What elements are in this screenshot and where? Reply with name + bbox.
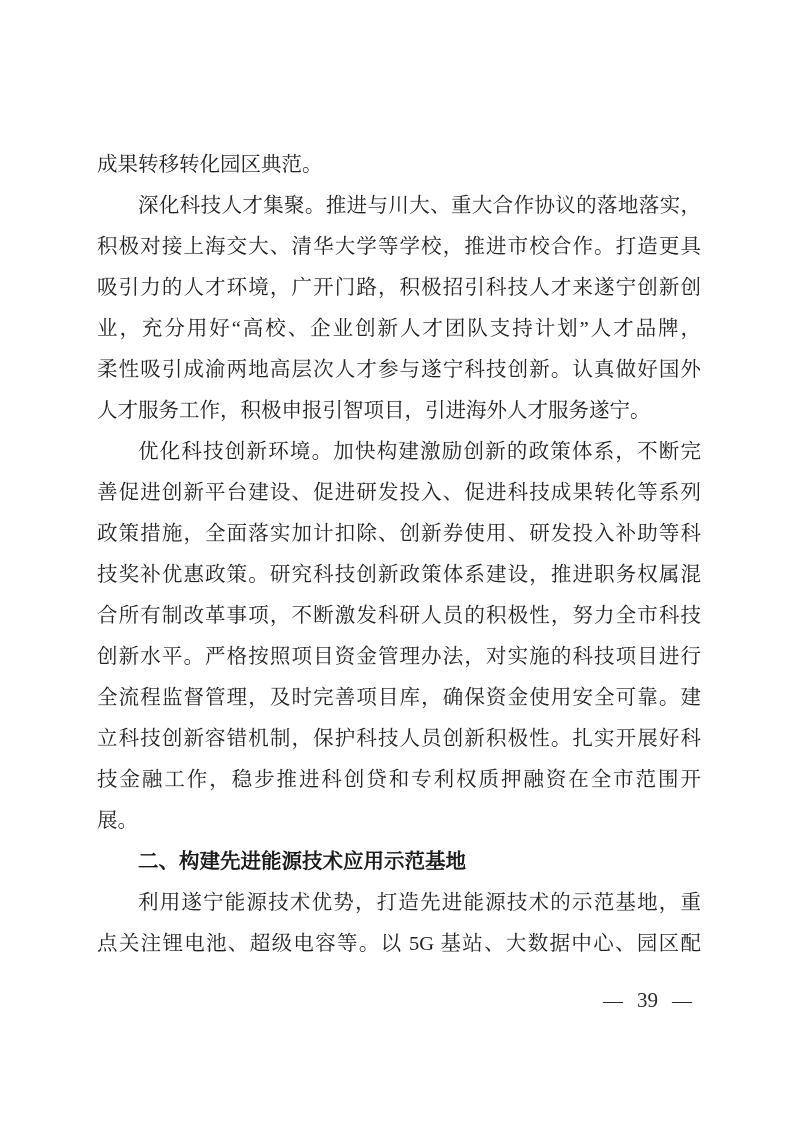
page-number: 39 — [637, 986, 658, 1014]
text-line: 展。 — [97, 801, 701, 842]
text-line: 立科技创新容错机制，保护科技人员创新积极性。扎实开展好科 — [97, 719, 701, 760]
text-line: 深化科技人才集聚。推进与川大、重大合作协议的落地落实， — [97, 186, 701, 227]
text-line: 业，充分用好“高校、企业创新人才团队支持计划”人才品牌， — [97, 309, 701, 350]
text-line: 合所有制改革事项，不断激发科研人员的积极性，努力全市科技 — [97, 596, 701, 637]
text-line: 政策措施，全面落实加计扣除、创新券使用、研发投入补助等科 — [97, 514, 701, 555]
text-line: 全流程监督管理，及时完善项目库，确保资金使用安全可靠。建 — [97, 678, 701, 719]
text-line: 创新水平。严格按照项目资金管理办法，对实施的科技项目进行 — [97, 637, 701, 678]
text-line: 技奖补优惠政策。研究科技创新政策体系建设，推进职务权属混 — [97, 555, 701, 596]
text-line: 优化科技创新环境。加快构建激励创新的政策体系，不断完 — [97, 432, 701, 473]
text-line: 人才服务工作，积极申报引智项目，引进海外人才服务遂宁。 — [97, 391, 701, 432]
text-line: 利用遂宁能源技术优势，打造先进能源技术的示范基地，重 — [97, 883, 701, 924]
footer-dash-right: — — [672, 987, 692, 1015]
text-line: 吸引力的人才环境，广开门路，积极招引科技人才来遂宁创新创 — [97, 268, 701, 309]
document-body: 成果转移转化园区典范。深化科技人才集聚。推进与川大、重大合作协议的落地落实，积极… — [97, 145, 701, 965]
page-footer: —39— — [603, 986, 692, 1014]
text-line: 技金融工作，稳步推进科创贷和专利权质押融资在全市范围开 — [97, 760, 701, 801]
text-line: 柔性吸引成渝两地高层次人才参与遂宁科技创新。认真做好国外 — [97, 350, 701, 391]
text-line: 积极对接上海交大、清华大学等学校，推进市校合作。打造更具 — [97, 227, 701, 268]
footer-dash-left: — — [603, 987, 623, 1015]
section-heading: 二、构建先进能源技术应用示范基地 — [97, 842, 701, 883]
document-page: 成果转移转化园区典范。深化科技人才集聚。推进与川大、重大合作协议的落地落实，积极… — [0, 0, 793, 1122]
text-line: 成果转移转化园区典范。 — [97, 145, 701, 186]
text-line: 点关注锂电池、超级电容等。以 5G 基站、大数据中心、园区配 — [97, 924, 701, 965]
text-line: 善促进创新平台建设、促进研发投入、促进科技成果转化等系列 — [97, 473, 701, 514]
